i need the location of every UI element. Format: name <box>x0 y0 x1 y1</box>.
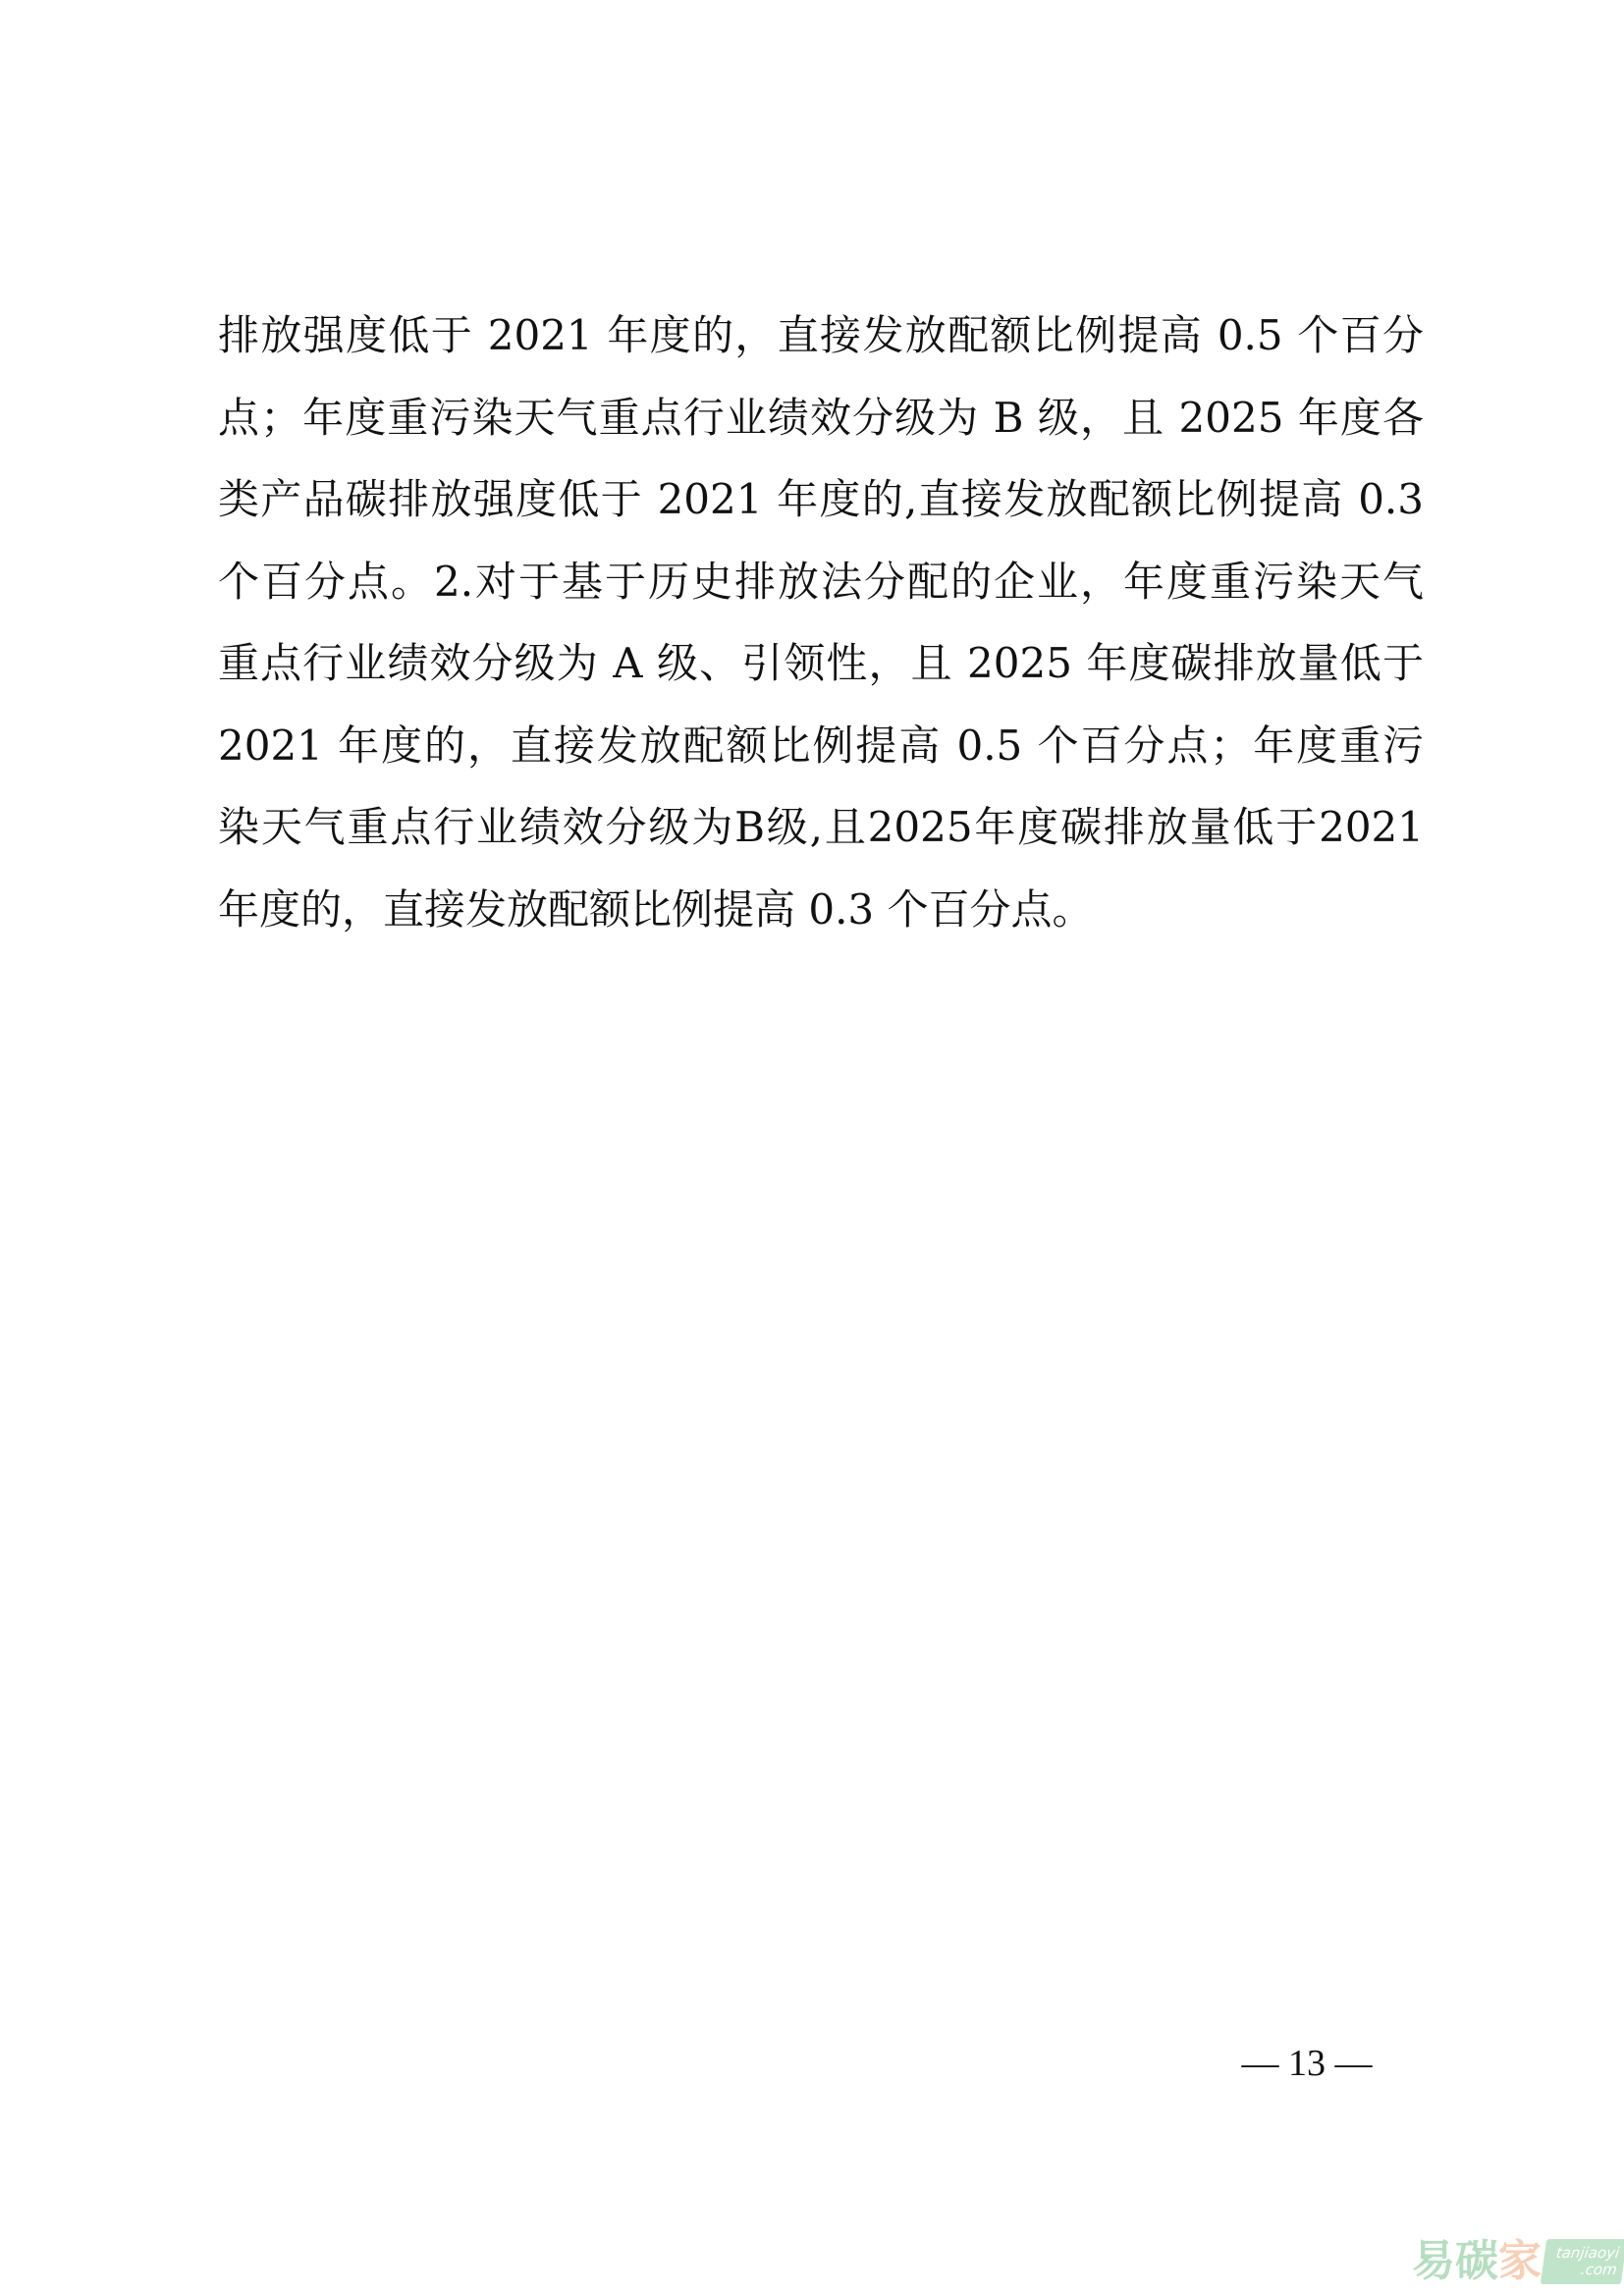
text-line-4: 个百分点。2.对于基于历史排放法分配的企业，年度重污染天气 <box>218 541 1424 623</box>
watermark-domain-badge: tanjiaoyi .com <box>1541 2239 1624 2284</box>
text-line-2: 点；年度重污染天气重点行业绩效分级为 B 级，且 2025 年度各 <box>218 377 1424 459</box>
document-page: 排放强度低于 2021 年度的，直接发放配额比例提高 0.5 个百分 点；年度重… <box>0 0 1624 2296</box>
text-line-6: 2021 年度的，直接发放配额比例提高 0.5 个百分点；年度重污 <box>218 705 1424 787</box>
text-line-1: 排放强度低于 2021 年度的，直接发放配额比例提高 0.5 个百分 <box>218 294 1424 377</box>
watermark-brand-green: 易碳 <box>1412 2234 1498 2289</box>
page-number: — 13 — <box>1227 2042 1386 2085</box>
watermark-domain-name: tanjiaoyi <box>1555 2245 1621 2262</box>
watermark-brand-orange: 家 <box>1498 2234 1542 2289</box>
watermark-logo: 易碳 家 tanjiaoyi .com <box>1412 2232 1624 2291</box>
text-line-8: 年度的，直接发放配额比例提高 0.3 个百分点。 <box>218 869 1424 951</box>
text-line-3: 类产品碳排放强度低于 2021 年度的,直接发放配额比例提高 0.3 <box>218 458 1424 541</box>
body-paragraph: 排放强度低于 2021 年度的，直接发放配额比例提高 0.5 个百分 点；年度重… <box>218 294 1424 950</box>
text-line-5: 重点行业绩效分级为 A 级、引领性，且 2025 年度碳排放量低于 <box>218 622 1424 705</box>
watermark-domain-tld: .com <box>1580 2262 1618 2278</box>
text-line-7: 染天气重点行业绩效分级为B级,且2025年度碳排放量低于2021 <box>218 786 1424 869</box>
